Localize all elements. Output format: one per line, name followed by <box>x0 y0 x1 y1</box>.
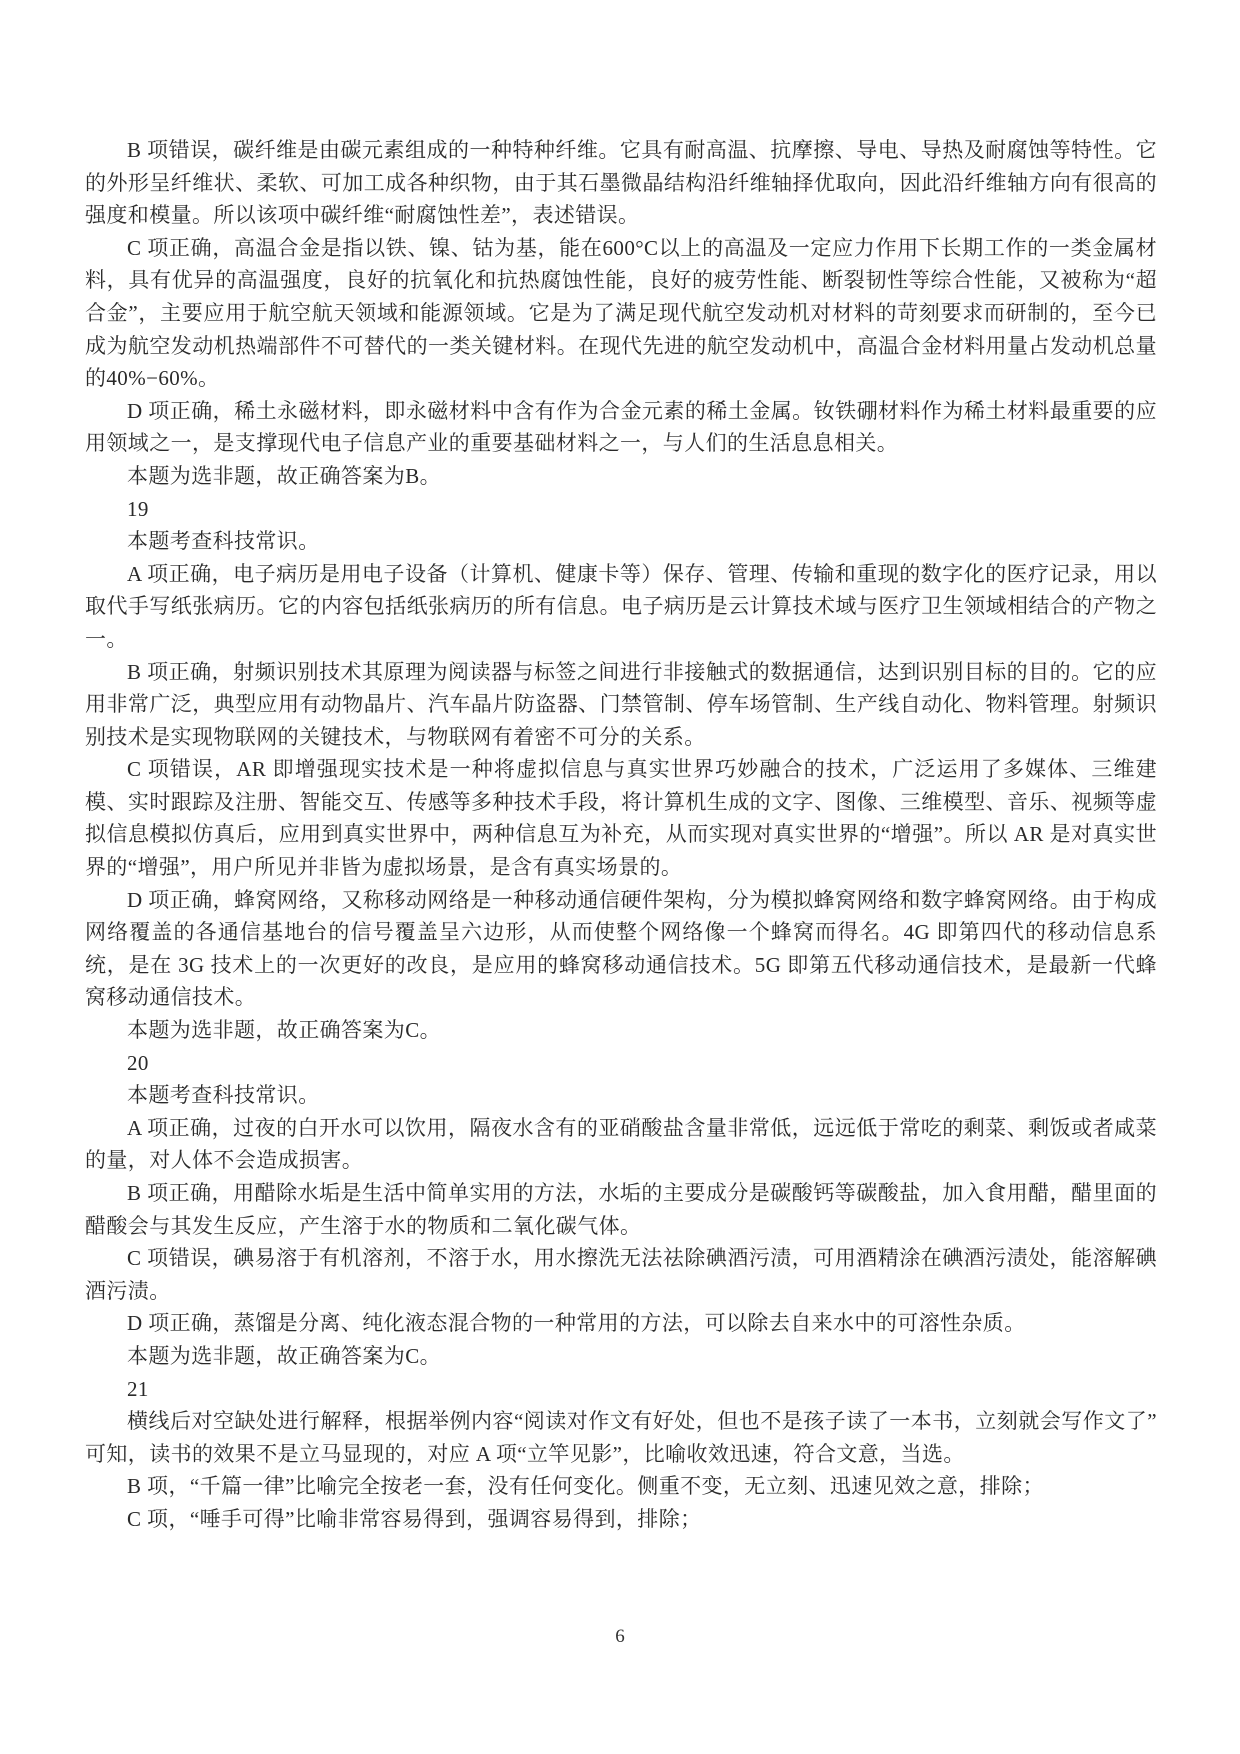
paragraph: 横线后对空缺处进行解释，根据举例内容“阅读对作文有好处，但也不是孩子读了一本书，… <box>85 1405 1157 1470</box>
paragraph: 20 <box>85 1047 1157 1080</box>
document-body: B 项错误，碳纤维是由碳元素组成的一种特种纤维。它具有耐高温、抗摩擦、导电、导热… <box>85 134 1157 1536</box>
paragraph: 本题为选非题，故正确答案为C。 <box>85 1340 1157 1373</box>
paragraph: 本题考查科技常识。 <box>85 1079 1157 1112</box>
document-page: B 项错误，碳纤维是由碳元素组成的一种特种纤维。它具有耐高温、抗摩擦、导电、导热… <box>0 0 1240 1754</box>
paragraph: B 项，“千篇一律”比喻完全按老一套，没有任何变化。侧重不变，无立刻、迅速见效之… <box>85 1470 1157 1503</box>
paragraph: B 项正确，射频识别技术其原理为阅读器与标签之间进行非接触式的数据通信，达到识别… <box>85 656 1157 754</box>
paragraph: A 项正确，电子病历是用电子设备（计算机、健康卡等）保存、管理、传输和重现的数字… <box>85 558 1157 656</box>
paragraph: C 项正确，高温合金是指以铁、镍、钴为基，能在600°C以上的高温及一定应力作用… <box>85 232 1157 395</box>
paragraph: 本题为选非题，故正确答案为C。 <box>85 1014 1157 1047</box>
paragraph: C 项错误，碘易溶于有机溶剂，不溶于水，用水擦洗无法祛除碘酒污渍，可用酒精涂在碘… <box>85 1242 1157 1307</box>
paragraph: C 项，“唾手可得”比喻非常容易得到，强调容易得到，排除； <box>85 1503 1157 1536</box>
paragraph: B 项正确，用醋除水垢是生活中简单实用的方法，水垢的主要成分是碳酸钙等碳酸盐，加… <box>85 1177 1157 1242</box>
page-footer: 6 <box>0 1626 1240 1648</box>
paragraph: 本题考查科技常识。 <box>85 525 1157 558</box>
paragraph: A 项正确，过夜的白开水可以饮用，隔夜水含有的亚硝酸盐含量非常低，远远低于常吃的… <box>85 1112 1157 1177</box>
paragraph: D 项正确，稀土永磁材料，即永磁材料中含有作为合金元素的稀土金属。钕铁硼材料作为… <box>85 395 1157 460</box>
paragraph: 本题为选非题，故正确答案为B。 <box>85 460 1157 493</box>
paragraph: C 项错误，AR 即增强现实技术是一种将虚拟信息与真实世界巧妙融合的技术，广泛运… <box>85 753 1157 883</box>
page-number: 6 <box>615 1626 625 1647</box>
paragraph: 19 <box>85 493 1157 526</box>
paragraph: D 项正确，蒸馏是分离、纯化液态混合物的一种常用的方法，可以除去自来水中的可溶性… <box>85 1307 1157 1340</box>
paragraph: D 项正确，蜂窝网络，又称移动网络是一种移动通信硬件架构，分为模拟蜂窝网络和数字… <box>85 884 1157 1014</box>
paragraph: 21 <box>85 1373 1157 1406</box>
paragraph: B 项错误，碳纤维是由碳元素组成的一种特种纤维。它具有耐高温、抗摩擦、导电、导热… <box>85 134 1157 232</box>
